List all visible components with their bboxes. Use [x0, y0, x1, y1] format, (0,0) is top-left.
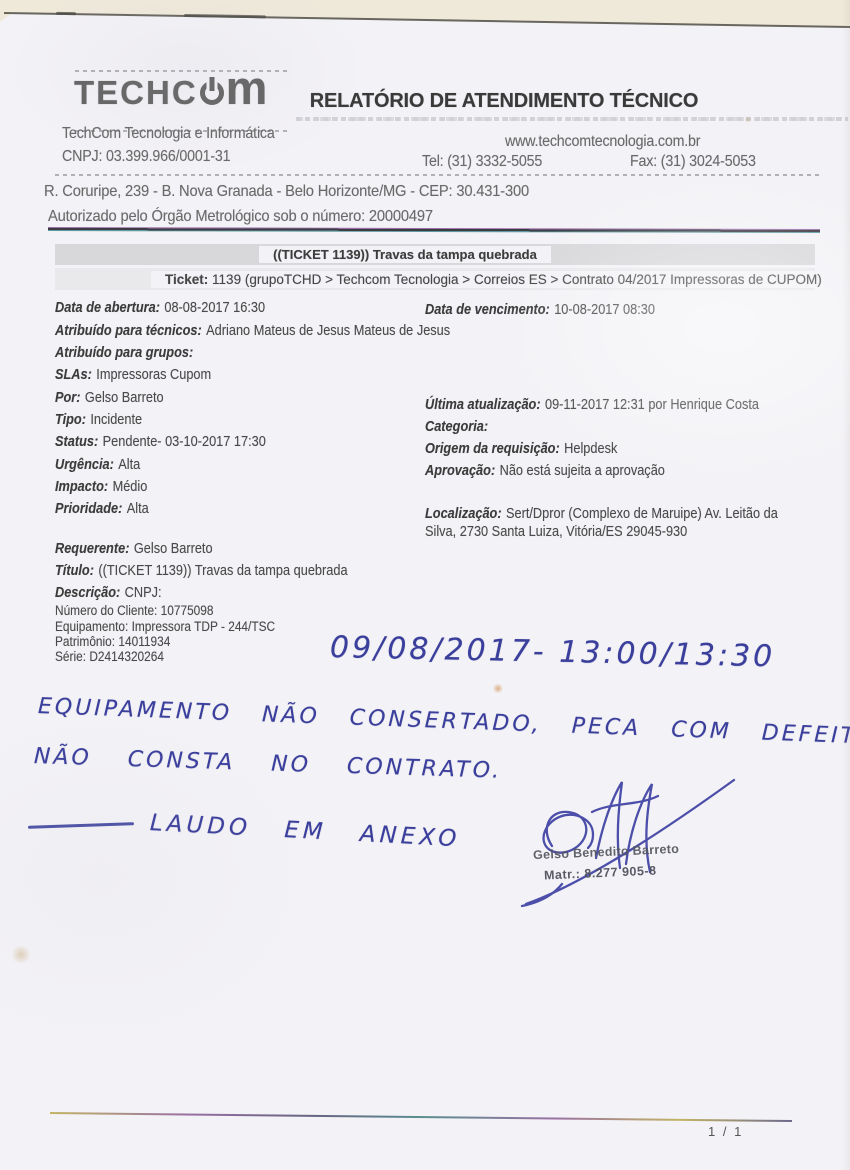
field-value: Incidente [90, 412, 142, 428]
metrology-authorization: Autorizado pelo Órgão Metrológico sob o … [48, 208, 433, 226]
field-row: Atribuído para técnicos:Adriano Mateus d… [55, 323, 450, 339]
field-row: Por:Gelso Barreto [55, 390, 164, 406]
field-value: 10-08-2017 08:30 [554, 302, 655, 318]
field-value: Gelso Barreto [85, 390, 164, 406]
field-row: Localização:Sert/Dpror (Complexo de Maru… [425, 505, 812, 541]
field-label: Requerente: [55, 541, 129, 557]
field-row: Atribuído para grupos: [55, 345, 198, 361]
field-row: Impacto:Médio [55, 479, 147, 495]
field-label: Prioridade: [55, 501, 122, 517]
field-row: Título:((TICKET 1139)) Travas da tampa q… [55, 563, 348, 579]
techcom-logo: TECHCm [74, 74, 267, 112]
logo-text-m: m [226, 61, 268, 114]
header-divider [55, 174, 820, 176]
field-label: Atribuído para técnicos: [55, 323, 202, 339]
field-value: Médio [113, 479, 148, 495]
company-cnpj: CNPJ: 03.399.966/0001-31 [62, 148, 230, 166]
field-row: Requerente:Gelso Barreto [55, 541, 213, 557]
company-tel: Tel: (31) 3332-5055 [422, 153, 542, 171]
field-row: Status:Pendente- 03-10-2017 17:30 [55, 434, 266, 450]
field-row: Aprovação:Não está sujeita a aprovação [425, 463, 665, 479]
field-label: Impacto: [55, 479, 108, 495]
description-line: Série: D2414320264 [55, 649, 164, 664]
ticket-path-row: Ticket: 1139 (grupoTCHD > Techcom Tecnol… [55, 268, 815, 290]
ticket-path-value: 1139 (grupoTCHD > Techcom Tecnologia > C… [212, 272, 822, 287]
field-value: Alta [127, 501, 149, 517]
field-value: Pendente- 03-10-2017 17:30 [103, 434, 266, 450]
field-value: Gelso Barreto [134, 541, 213, 557]
field-label: Descrição: [55, 585, 120, 601]
field-value: ((TICKET 1139)) Travas da tampa quebrada [98, 563, 347, 579]
edge-smudge [56, 12, 76, 15]
ticket-path-label: Ticket: [165, 272, 208, 287]
company-name: TechCom Tecnologia e Informática [62, 125, 275, 143]
scanned-service-report: TECHCm RELATÓRIO DE ATENDIMENTO TÉCNICO … [0, 0, 850, 1170]
field-label: SLAs: [55, 367, 92, 383]
field-value: Alta [118, 457, 140, 473]
field-row: Urgência:Alta [55, 457, 140, 473]
field-value: 09-11-2017 12:31 por Henrique Costa [545, 397, 759, 413]
signature-scribble [492, 768, 742, 913]
description-line: Equipamento: Impressora TDP - 244/TSC [55, 619, 275, 634]
field-label: Atribuído para grupos: [55, 345, 193, 361]
ticket-banner-title: ((TICKET 1139)) Travas da tampa quebrada [259, 246, 551, 263]
field-label: Localização: [425, 506, 502, 522]
field-row: Categoria: [425, 419, 493, 435]
field-value: Adriano Mateus de Jesus Mateus de Jesus [206, 323, 450, 339]
field-value: Impressoras Cupom [96, 367, 211, 383]
logo-text: TECHC [74, 74, 198, 111]
field-label: Título: [55, 563, 94, 579]
field-row: Tipo:Incidente [55, 412, 142, 428]
description-line: Patrimônio: 14011934 [55, 634, 170, 649]
ticket-banner-row: ((TICKET 1139)) Travas da tampa quebrada [55, 244, 815, 265]
field-value: 08-08-2017 16:30 [164, 300, 265, 316]
title-underline [296, 117, 848, 121]
field-label: Tipo: [55, 412, 86, 428]
field-row: Data de vencimento:10-08-2017 08:30 [425, 302, 655, 318]
field-label: Aprovação: [425, 463, 495, 479]
field-value: Helpdesk [564, 441, 617, 457]
field-row: Origem da requisição:Helpdesk [425, 441, 617, 457]
power-icon [200, 81, 224, 105]
company-website: www.techcomtecnologia.com.br [505, 133, 700, 151]
description-line: Número do Cliente: 10775098 [55, 603, 214, 618]
document-title: RELATÓRIO DE ATENDIMENTO TÉCNICO [308, 90, 700, 113]
field-label: Por: [55, 390, 81, 406]
field-row: Última atualização:09-11-2017 12:31 por … [425, 397, 759, 413]
field-row: Prioridade:Alta [55, 501, 149, 517]
field-label: Data de abertura: [55, 300, 160, 316]
field-label: Urgência: [55, 457, 114, 473]
description-row: Descrição:CNPJ: [55, 585, 162, 601]
field-label: Última atualização: [425, 397, 541, 413]
field-label: Origem da requisição: [425, 441, 560, 457]
field-row: Data de abertura:08-08-2017 16:30 [55, 300, 265, 316]
field-label: Status: [55, 434, 98, 450]
field-value: Não está sujeita a aprovação [500, 463, 665, 479]
company-address: R. Coruripe, 239 - B. Nova Granada - Bel… [44, 183, 529, 201]
field-label: Categoria: [425, 419, 488, 435]
field-value: CNPJ: [125, 585, 162, 601]
field-label: Data de vencimento: [425, 302, 550, 318]
field-row: SLAs:Impressoras Cupom [55, 367, 211, 383]
company-fax: Fax: (31) 3024-5053 [630, 153, 756, 171]
page-number: 1 / 1 [708, 1124, 743, 1139]
